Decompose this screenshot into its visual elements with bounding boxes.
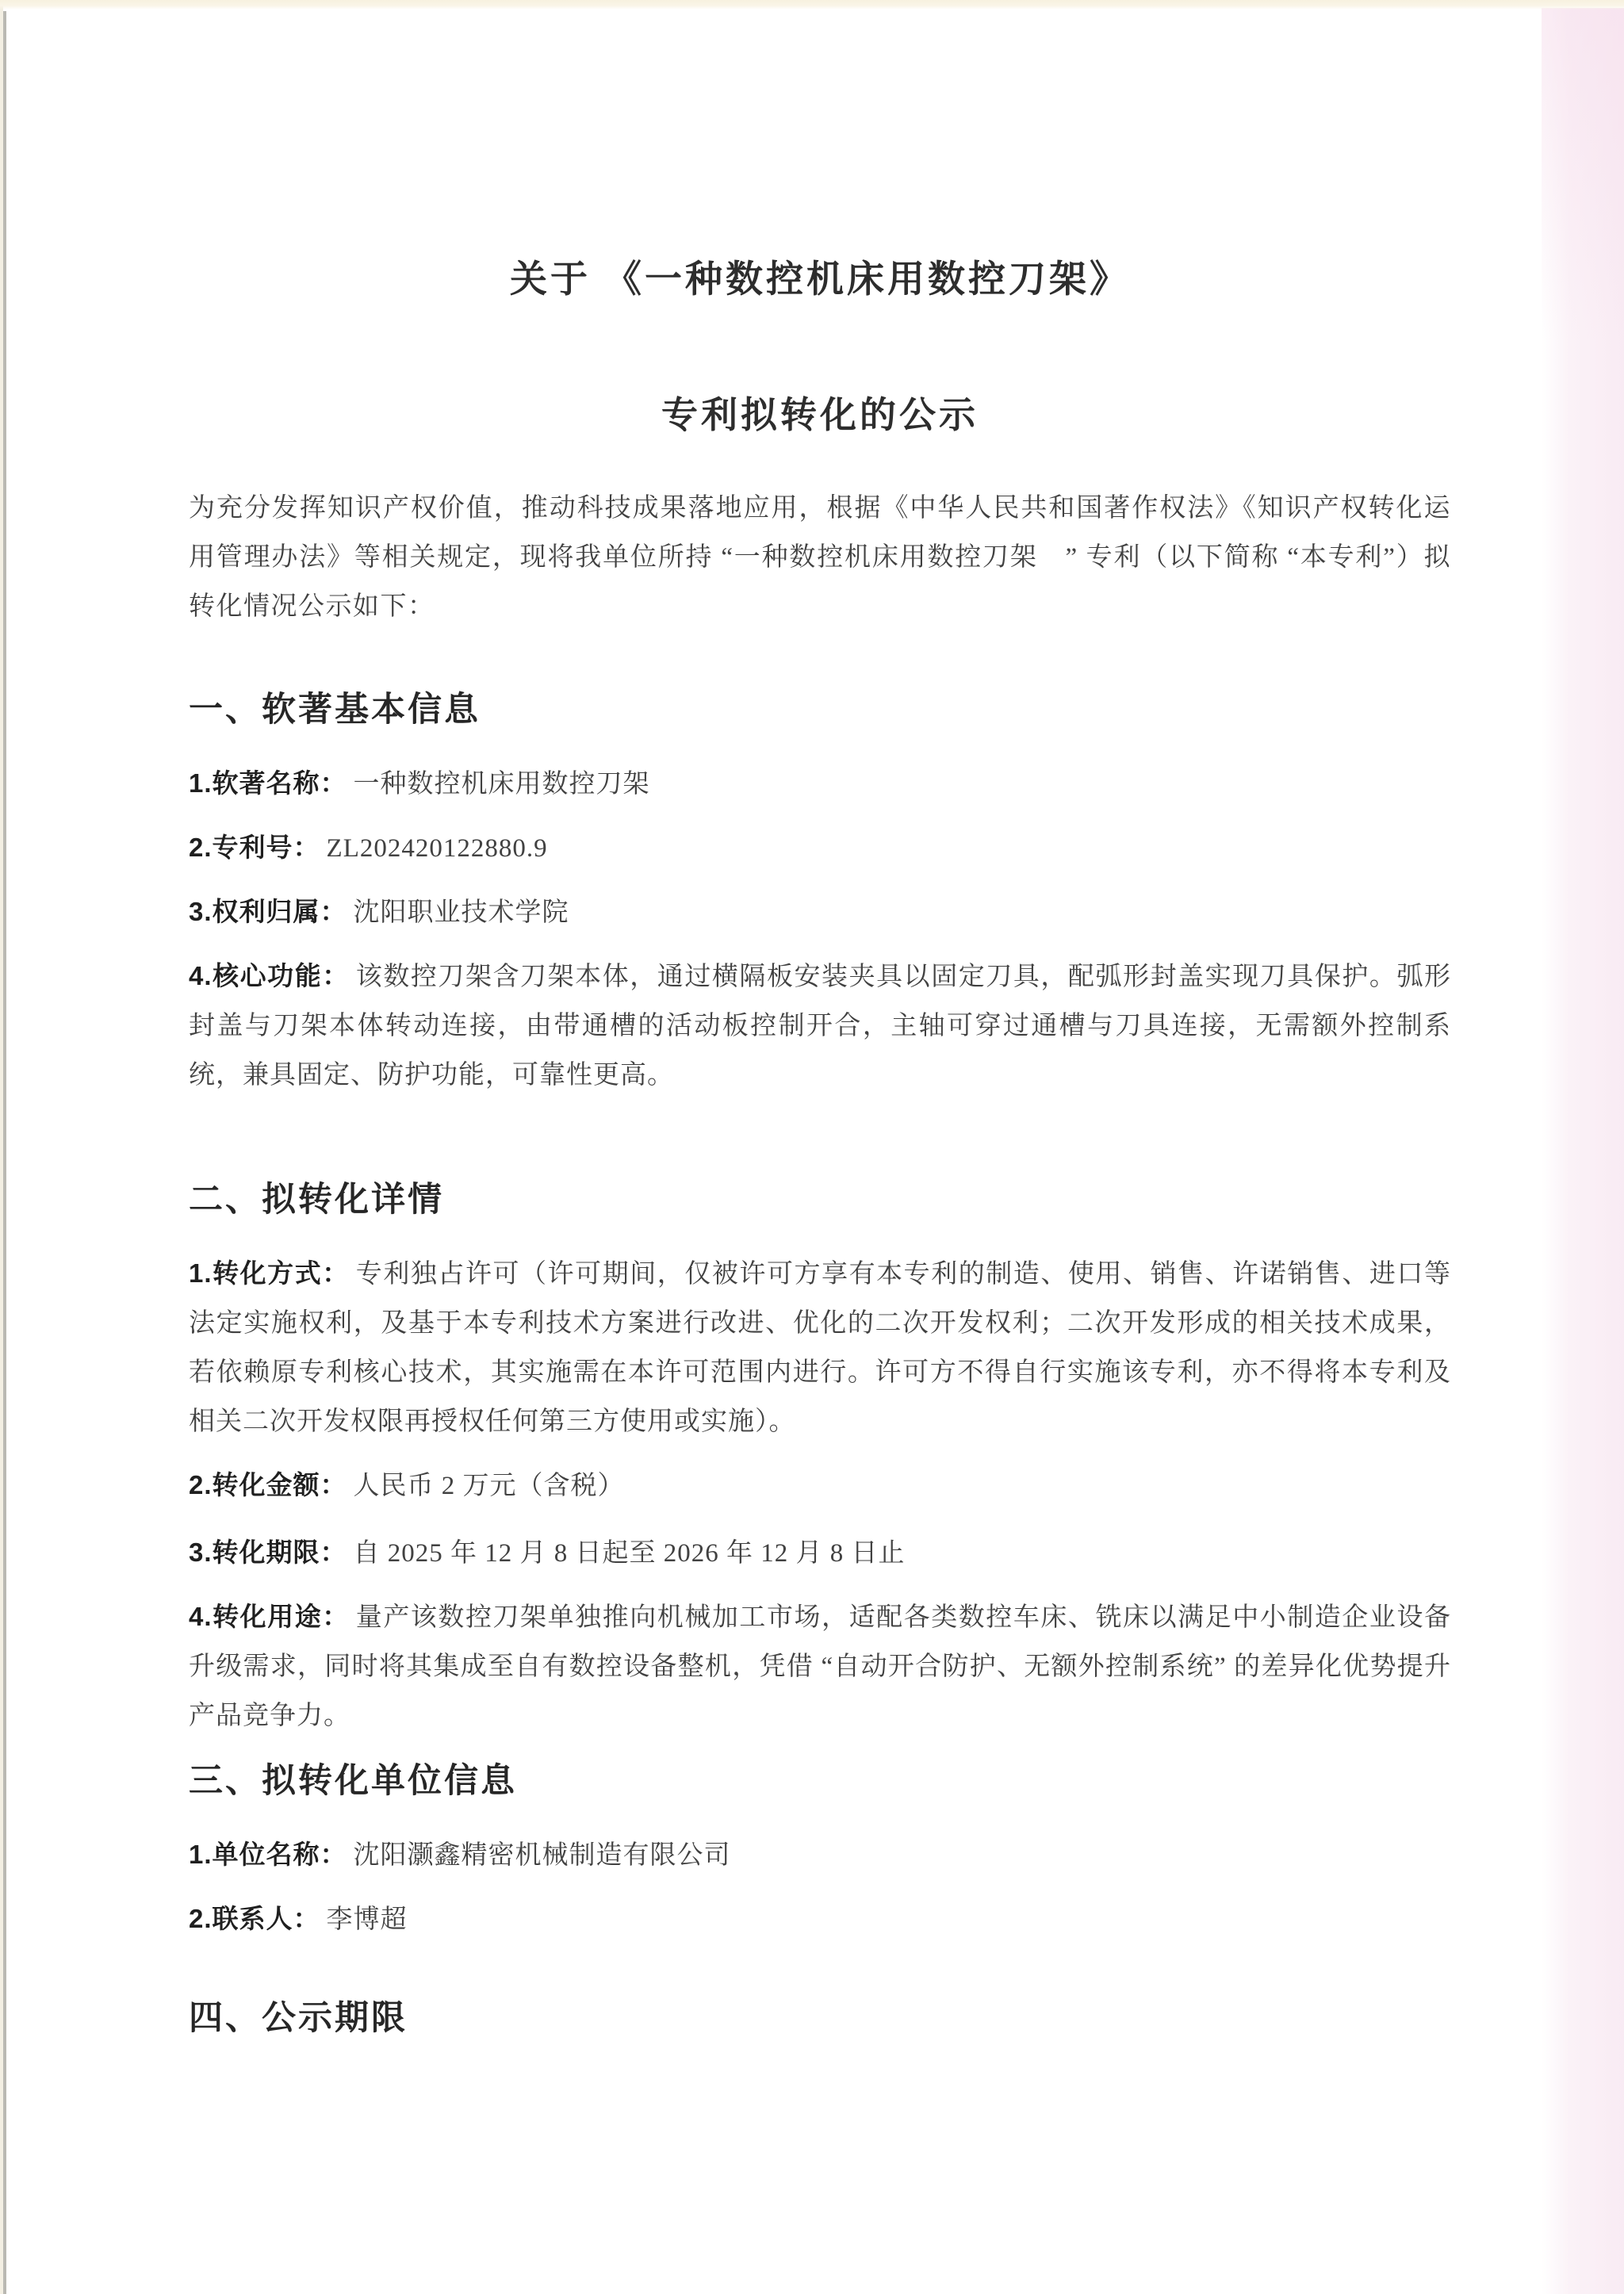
field-label: 2.联系人：: [189, 1904, 320, 1933]
field-label: 1.单位名称：: [189, 1840, 347, 1869]
section-heading-publicity-period: 四、公示期限: [189, 2001, 1451, 2035]
field-value: 一种数控机床用数控刀架: [347, 770, 650, 798]
field-label: 2.专利号：: [189, 833, 320, 862]
field-value: 专利独占许可（许可期间，仅被许可方享有本专利的制造、使用、销售、许诺销售、进口等…: [189, 1260, 1451, 1436]
field-value: 沈阳灏鑫精密机械制造有限公司: [347, 1841, 731, 1870]
field-conversion-period: 3.转化期限：自 2025 年 12 月 8 日起至 2026 年 12 月 8…: [189, 1528, 1451, 1578]
intro-paragraph: 为充分发挥知识产权价值，推动科技成果落地应用，根据《中华人民共和国著作权法》《知…: [189, 484, 1451, 631]
field-patent-number: 2.专利号：ZL202420122880.9: [189, 823, 1451, 873]
field-unit-name: 1.单位名称：沈阳灏鑫精密机械制造有限公司: [189, 1830, 1451, 1880]
field-value: ZL202420122880.9: [320, 834, 548, 863]
field-label: 3.转化期限：: [189, 1538, 347, 1567]
section-heading-unit-info: 三、拟转化单位信息: [189, 1764, 1451, 1798]
field-conversion-purpose: 4.转化用途：量产该数控刀架单独推向机械加工市场，适配各类数控车床、铣床以满足中…: [189, 1592, 1451, 1741]
field-core-function: 4.核心功能：该数控刀架含刀架本体，通过横隔板安装夹具以固定刀具，配弧形封盖实现…: [189, 952, 1451, 1100]
field-label: 2.转化金额：: [189, 1470, 347, 1499]
field-label: 1.转化方式：: [189, 1258, 350, 1288]
field-value: 量产该数控刀架单独推向机械加工市场，适配各类数控车床、铣床以满足中小制造企业设备…: [189, 1603, 1451, 1730]
field-contact-person: 2.联系人：李博超: [189, 1894, 1451, 1944]
field-label: 4.转化用途：: [189, 1602, 350, 1631]
scan-edge-right-tint-top: [1542, 8, 1624, 341]
field-software-name: 1.软著名称：一种数控机床用数控刀架: [189, 759, 1451, 809]
field-value: 自 2025 年 12 月 8 日起至 2026 年 12 月 8 日止: [347, 1539, 906, 1568]
scan-edge-right-tint: [1542, 8, 1624, 2294]
field-conversion-amount: 2.转化金额：人民币 2 万元（含税）: [189, 1461, 1451, 1511]
document-title-line2: 专利拟转化的公示: [189, 396, 1451, 433]
field-value: 李博超: [320, 1905, 408, 1934]
document-title-line1: 关于 《一种数控机床用数控刀架》: [189, 260, 1451, 297]
document-page: 关于 《一种数控机床用数控刀架》 专利拟转化的公示 为充分发挥知识产权价值，推动…: [189, 0, 1451, 2035]
field-value: 该数控刀架含刀架本体，通过横隔板安装夹具以固定刀具，配弧形封盖实现刀具保护。弧形…: [189, 963, 1451, 1090]
field-value: 人民币 2 万元（含税）: [347, 1472, 625, 1500]
scan-edge-left-line: [3, 11, 6, 2294]
field-conversion-method: 1.转化方式：专利独占许可（许可期间，仅被许可方享有本专利的制造、使用、销售、许…: [189, 1249, 1451, 1446]
field-label: 3.权利归属：: [189, 897, 347, 926]
field-label: 4.核心功能：: [189, 961, 350, 990]
section-heading-conversion-details: 二、拟转化详情: [189, 1183, 1451, 1217]
section-heading-basic-info: 一、软著基本信息: [189, 693, 1451, 727]
field-value: 沈阳职业技术学院: [347, 898, 569, 927]
field-rights-owner: 3.权利归属：沈阳职业技术学院: [189, 887, 1451, 937]
field-label: 1.软著名称：: [189, 768, 347, 798]
